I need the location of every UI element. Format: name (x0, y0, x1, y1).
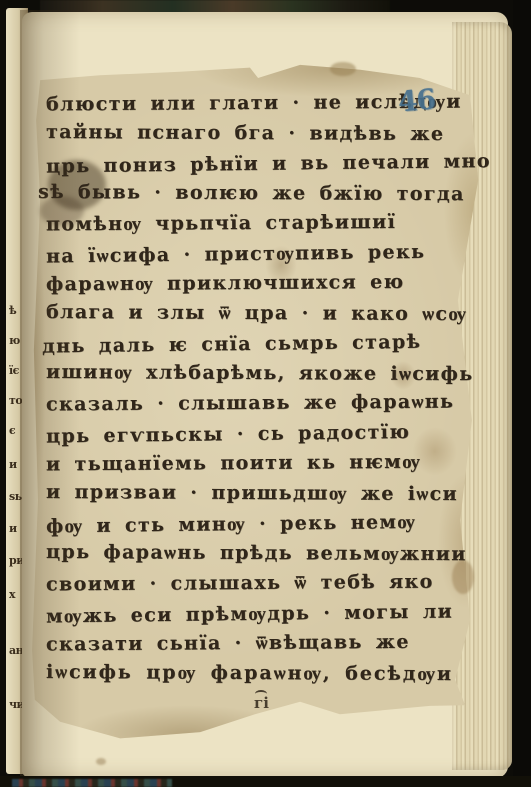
manuscript-line: и призваи · пришьдшѹ же іѡси (46, 477, 450, 509)
stain-spot (96, 758, 106, 765)
manuscript-line: днь даль ѥ снїа сьмрь старѣ (42, 327, 450, 362)
titlo-mark (255, 690, 267, 698)
folio-number-stamp: 46 (397, 82, 437, 118)
manuscript-line: црь пониз рѣнїи и вь печали мно (46, 147, 450, 182)
facing-line-fragment: ю (9, 334, 20, 347)
facing-line-fragment: и (9, 458, 17, 471)
facing-line-fragment: їє (9, 364, 19, 377)
marbled-cover-bottom (12, 779, 172, 787)
cover-edge-right (513, 0, 531, 787)
manuscript-line: своими · слышахь ѿ тебѣ яко (46, 567, 450, 600)
manuscript-line: іѡсифь црѹ фараѡнѹ, бесѣдѹи (46, 657, 450, 689)
manuscript-line: фѹ и сть минѹ · рекь немѹ (46, 507, 450, 542)
facing-line-fragment: є (9, 424, 15, 437)
manuscript-line: црь фараѡнь прѣдь вельмѹжнии (46, 537, 450, 569)
manuscript-book-photo: ѣ ю їє то є и ѕь и ри х ан чи блюсти или… (0, 0, 531, 787)
manuscript-line: фараѡнѹ приключшихся ею (46, 267, 450, 300)
facing-line-fragment: х (9, 588, 15, 601)
manuscript-line: помѣнѹ чрьпчїа старѣишиї (46, 207, 450, 240)
facing-line-fragment: ѣ (9, 304, 16, 317)
manuscript-line: сказати сьнїа · ѿвѣщавь же (46, 627, 450, 660)
manuscript-text-block: блюсти или глати · не ислѣдѹи тайны псна… (46, 88, 450, 688)
facing-line-fragment: и (9, 522, 17, 535)
stain-spot (330, 62, 356, 76)
quire-mark: гі (254, 694, 269, 712)
manuscript-line: сказаль · слышавь же фараѡнь (46, 387, 450, 420)
manuscript-line: блага и злы ѿ цра · и како ѡсѹ (46, 297, 450, 329)
manuscript-line: и тьщанїемь поити кь нѥмѹ (46, 447, 450, 480)
facing-line-fragment: то (9, 394, 22, 407)
facing-line-fragment: ѕь (9, 490, 22, 503)
manuscript-line: ишинѹ хлѣбарѣмь, якоже іѡсифь (46, 357, 450, 389)
manuscript-line: тайны пснаго бга · видѣвь же (46, 117, 450, 149)
manuscript-line: ѕѣ бывь · волѥю же бжїю тогда (38, 177, 450, 209)
manuscript-line: блюсти или глати · не ислѣдѹи (46, 87, 450, 120)
